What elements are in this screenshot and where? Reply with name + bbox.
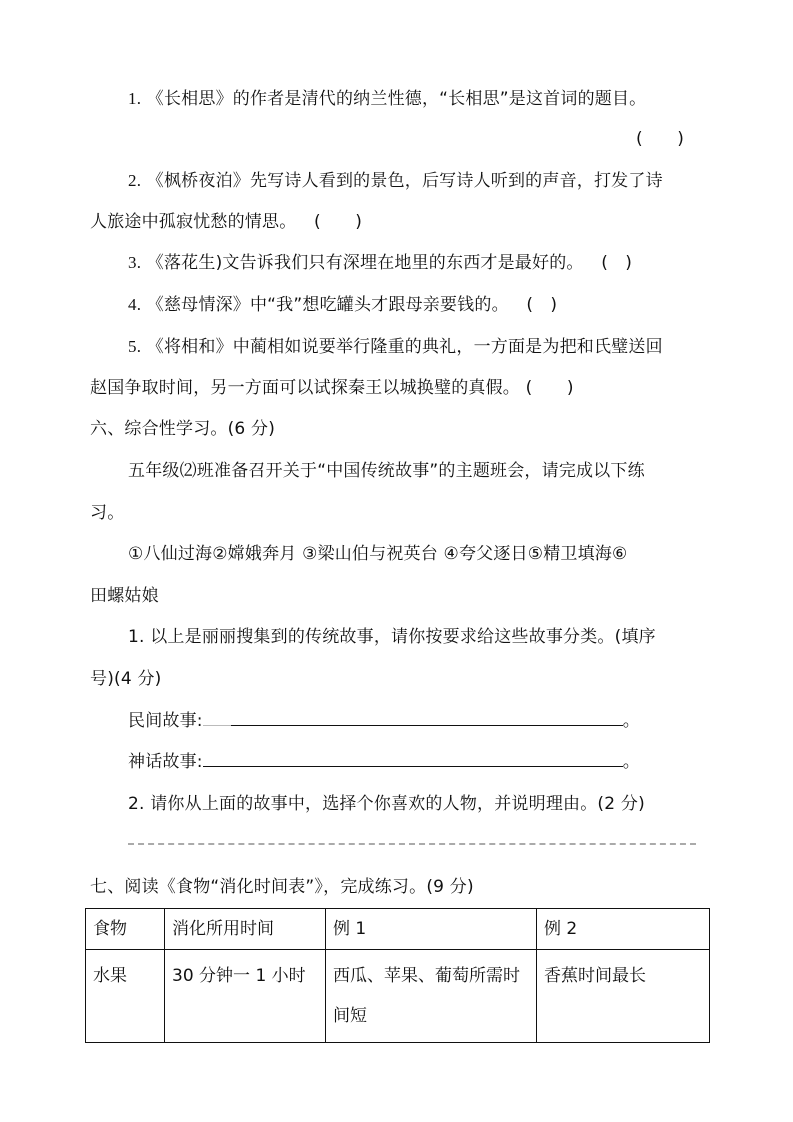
myth-story-label: 神话故事: [128, 752, 203, 772]
question-1-line2: 号)(4 分) [90, 668, 162, 690]
item-2-text: 《枫桥夜泊》先写诗人看到的景色，后写诗人听到的声音，打发了诗 [147, 171, 663, 191]
folk-story-end-mark: 。 [623, 711, 640, 731]
item-4: 4. 《慈母情深》中“我”想吃罐头才跟母亲要钱的。 ( ) [128, 294, 557, 316]
myth-story-input[interactable] [203, 752, 623, 767]
table-header-row: 食物 消化所用时间 例 1 例 2 [86, 909, 710, 950]
item-1-text: 《长相思》的作者是清代的纳兰性德，“长相思”是这首词的题目。 [147, 89, 647, 109]
digestion-time-table: 食物 消化所用时间 例 1 例 2 水果 30 分钟一 1 小时 西瓜、苹果、葡… [85, 908, 710, 1043]
folk-story-label: 民间故事: [128, 711, 203, 731]
myth-story-end-mark: 。 [623, 752, 640, 772]
item-5-text-cont: 赵国争取时间，另一方面可以试探秦王以城换璧的真假。 [90, 378, 520, 398]
section-6-heading: 六、综合性学习。(6 分) [90, 418, 275, 440]
folk-story-prefix-blank [203, 711, 231, 726]
item-1-answer[interactable]: ( ) [636, 128, 684, 150]
header-example-1: 例 1 [326, 909, 537, 950]
item-3-number: 3. [128, 253, 141, 272]
question-1-line1: 1. 以上是丽丽搜集到的传统故事，请你按要求给这些故事分类。(填序 [128, 626, 656, 648]
question-2: 2. 请你从上面的故事中，选择个你喜欢的人物，并说明理由。(2 分) [128, 793, 645, 815]
item-4-number: 4. [128, 295, 141, 314]
question-2-answer-line[interactable] [128, 843, 696, 845]
folk-story-input[interactable] [231, 711, 623, 726]
section-6-intro-line1: 五年级⑵班准备召开关于“中国传统故事”的主题班会，请完成以下练 [128, 460, 645, 482]
folk-story-row: 民间故事:。 [128, 710, 640, 732]
item-4-text: 《慈母情深》中“我”想吃罐头才跟母亲要钱的。 [147, 295, 509, 315]
table-row: 水果 30 分钟一 1 小时 西瓜、苹果、葡萄所需时间短 香蕉时间最长 [86, 950, 710, 1043]
header-food: 食物 [86, 909, 165, 950]
item-2-line1: 2. 《枫桥夜泊》先写诗人看到的景色，后写诗人听到的声音，打发了诗 [128, 170, 663, 192]
item-2-answer[interactable]: ( ) [314, 212, 362, 232]
cell-example-2: 香蕉时间最长 [537, 950, 710, 1043]
item-3-answer[interactable]: ( ) [601, 253, 632, 273]
story-list-line1: ①八仙过海②嫦娥奔月 ③梁山伯与祝英台 ④夸父逐日⑤精卫填海⑥ [128, 543, 627, 565]
item-5-line2: 赵国争取时间，另一方面可以试探秦王以城换璧的真假。 ( ) [90, 377, 574, 399]
cell-food: 水果 [86, 950, 165, 1043]
item-3-text: 《落花生)文告诉我们只有深埋在地里的东西才是最好的。 [147, 253, 584, 273]
item-5-answer[interactable]: ( ) [526, 378, 574, 398]
item-5-number: 5. [128, 337, 141, 356]
item-2-number: 2. [128, 171, 141, 190]
header-example-2: 例 2 [537, 909, 710, 950]
item-5-text: 《将相和》中蔺相如说要举行隆重的典礼，一方面是为把和氏璧送回 [147, 337, 663, 357]
item-2-text-cont: 人旅途中孤寂忧愁的情思。 [90, 212, 296, 232]
section-6-intro-line2: 习。 [90, 502, 124, 524]
item-3: 3. 《落花生)文告诉我们只有深埋在地里的东西才是最好的。 ( ) [128, 252, 632, 274]
item-1-number: 1. [128, 89, 141, 108]
myth-story-row: 神话故事:。 [128, 751, 640, 773]
section-7-heading: 七、阅读《食物“消化时间表”》，完成练习。(9 分) [90, 876, 474, 898]
header-digest-time: 消化所用时间 [165, 909, 326, 950]
item-2-line2: 人旅途中孤寂忧愁的情思。 ( ) [90, 211, 362, 233]
story-list-line2: 田螺姑娘 [90, 585, 159, 607]
item-4-answer[interactable]: ( ) [526, 295, 557, 315]
cell-digest-time: 30 分钟一 1 小时 [165, 950, 326, 1043]
item-1: 1. 《长相思》的作者是清代的纳兰性德，“长相思”是这首词的题目。 [128, 88, 646, 110]
cell-example-1: 西瓜、苹果、葡萄所需时间短 [326, 950, 537, 1043]
item-5-line1: 5. 《将相和》中蔺相如说要举行隆重的典礼，一方面是为把和氏璧送回 [128, 336, 663, 358]
